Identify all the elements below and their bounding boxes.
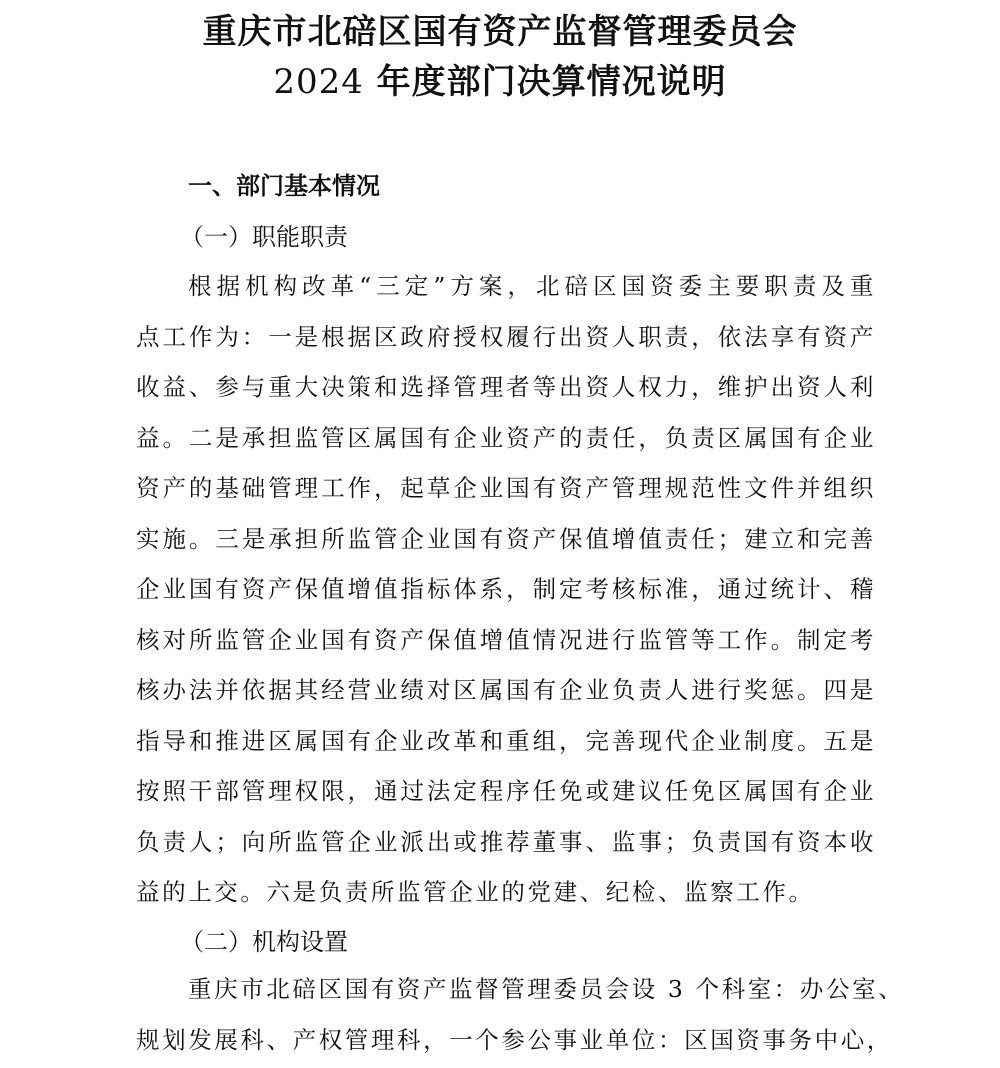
- paragraph-line: 实施。三是承担所监管企业国有资产保值增值责任；建立和完善: [136, 514, 876, 565]
- paragraph-line: 重庆市北碚区国有资产监督管理委员会设 3 个科室：办公室、: [136, 964, 876, 1015]
- paragraph-line: 规划发展科、产权管理科，一个参公事业单位：区国资事务中心，: [136, 1015, 876, 1066]
- document-title-line2: 2024 年度部门决算情况说明: [0, 62, 1000, 102]
- paragraph-line: 按照干部管理权限，通过法定程序任免或建议任免区属国有企业: [136, 766, 876, 817]
- paragraph-line: 根据机构改革“三定”方案，北碚区国资委主要职责及重: [136, 261, 876, 312]
- functions-paragraph: 根据机构改革“三定”方案，北碚区国资委主要职责及重 点工作为：一是根据区政府授权…: [136, 261, 876, 918]
- document-title-line1: 重庆市北碚区国有资产监督管理委员会: [0, 12, 1000, 52]
- title-text: 年度部门决算情况说明: [364, 62, 727, 102]
- paragraph-line: 益。二是承担监管区属国有企业资产的责任，负责区属国有企业: [136, 413, 876, 464]
- paragraph-line: 指导和推进区属国有企业改革和重组，完善现代企业制度。五是: [136, 716, 876, 767]
- paragraph-line: 负责人；向所监管企业派出或推荐董事、监事；负责国有资本收: [136, 817, 876, 868]
- paragraph-line: 益的上交。六是负责所监管企业的党建、纪检、监察工作。: [136, 867, 876, 918]
- organization-paragraph: 重庆市北碚区国有资产监督管理委员会设 3 个科室：办公室、 规划发展科、产权管理…: [136, 964, 876, 1065]
- subsection-heading-functions: （一）职能职责: [180, 221, 348, 253]
- section-heading-basic-info: 一、部门基本情况: [188, 170, 380, 202]
- paragraph-line: 核办法并依据其经营业绩对区属国有企业负责人进行奖惩。四是: [136, 665, 876, 716]
- paragraph-line: 点工作为：一是根据区政府授权履行出资人职责，依法享有资产: [136, 312, 876, 363]
- paragraph-line: 核对所监管企业国有资产保值增值情况进行监管等工作。制定考: [136, 615, 876, 666]
- paragraph-line: 收益、参与重大决策和选择管理者等出资人权力，维护出资人利: [136, 362, 876, 413]
- paragraph-line: 资产的基础管理工作，起草企业国有资产管理规范性文件并组织: [136, 463, 876, 514]
- title-year: 2024: [273, 62, 364, 102]
- subsection-heading-organization: （二）机构设置: [180, 926, 348, 958]
- paragraph-line: 企业国有资产保值增值指标体系，制定考核标准，通过统计、稽: [136, 564, 876, 615]
